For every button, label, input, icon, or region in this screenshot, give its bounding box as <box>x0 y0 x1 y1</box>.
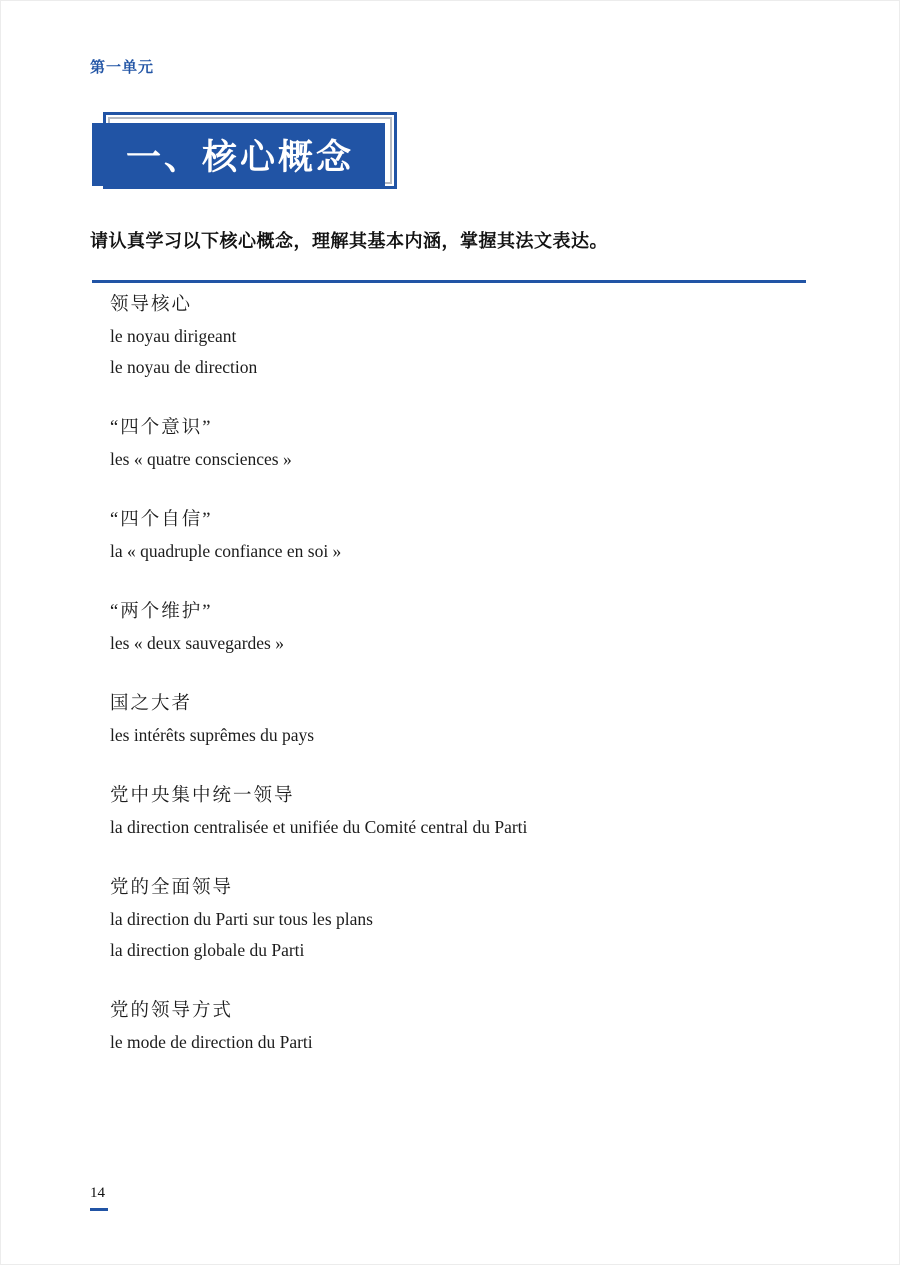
unit-label: 第一单元 <box>90 56 154 77</box>
page-number-underline <box>90 1208 108 1211</box>
concept-translation-fr: le mode de direction du Parti <box>110 1027 810 1058</box>
concept-item: “四个意识”les « quatre consciences » <box>110 413 810 475</box>
concept-item: 国之大者les intérêts suprêmes du pays <box>110 689 810 751</box>
section-banner: 一、核心概念 <box>92 112 400 190</box>
concept-item: “四个自信”la « quadruple confiance en soi » <box>110 505 810 567</box>
concept-term-zh: “四个意识” <box>110 413 810 444</box>
section-title: 一、核心概念 <box>126 130 354 180</box>
concept-item: 党的领导方式le mode de direction du Parti <box>110 996 810 1058</box>
instruction-text: 请认真学习以下核心概念，理解其基本内涵，掌握其法文表达。 <box>90 227 850 253</box>
concept-item: 党中央集中统一领导la direction centralisée et uni… <box>110 781 810 843</box>
concept-term-zh: 党中央集中统一领导 <box>110 781 810 812</box>
concept-translation-fr: la direction globale du Parti <box>110 935 810 966</box>
concept-translation-fr: le noyau de direction <box>110 352 810 383</box>
concept-translation-fr: les « quatre consciences » <box>110 444 810 475</box>
concept-translation-fr: la direction du Parti sur tous les plans <box>110 904 810 935</box>
banner-face: 一、核心概念 <box>92 123 385 186</box>
concept-term-zh: “两个维护” <box>110 597 810 628</box>
concept-term-zh: “四个自信” <box>110 505 810 536</box>
concept-translation-fr: la « quadruple confiance en soi » <box>110 536 810 567</box>
concept-item: 领导核心le noyau dirigeantle noyau de direct… <box>110 290 810 383</box>
concept-term-zh: 党的全面领导 <box>110 873 810 904</box>
concept-term-zh: 领导核心 <box>110 290 810 321</box>
concept-term-zh: 党的领导方式 <box>110 996 810 1027</box>
concept-translation-fr: les « deux sauvegardes » <box>110 628 810 659</box>
concept-list: 领导核心le noyau dirigeantle noyau de direct… <box>110 290 810 1088</box>
concept-translation-fr: la direction centralisée et unifiée du C… <box>110 812 810 843</box>
concept-translation-fr: le noyau dirigeant <box>110 321 810 352</box>
page-number: 14 <box>90 1185 105 1202</box>
concept-translation-fr: les intérêts suprêmes du pays <box>110 720 810 751</box>
concept-item: 党的全面领导la direction du Parti sur tous les… <box>110 873 810 966</box>
concept-term-zh: 国之大者 <box>110 689 810 720</box>
divider-rule <box>92 280 806 283</box>
document-page: 第一单元 一、核心概念 请认真学习以下核心概念，理解其基本内涵，掌握其法文表达。… <box>0 0 900 1265</box>
concept-item: “两个维护”les « deux sauvegardes » <box>110 597 810 659</box>
